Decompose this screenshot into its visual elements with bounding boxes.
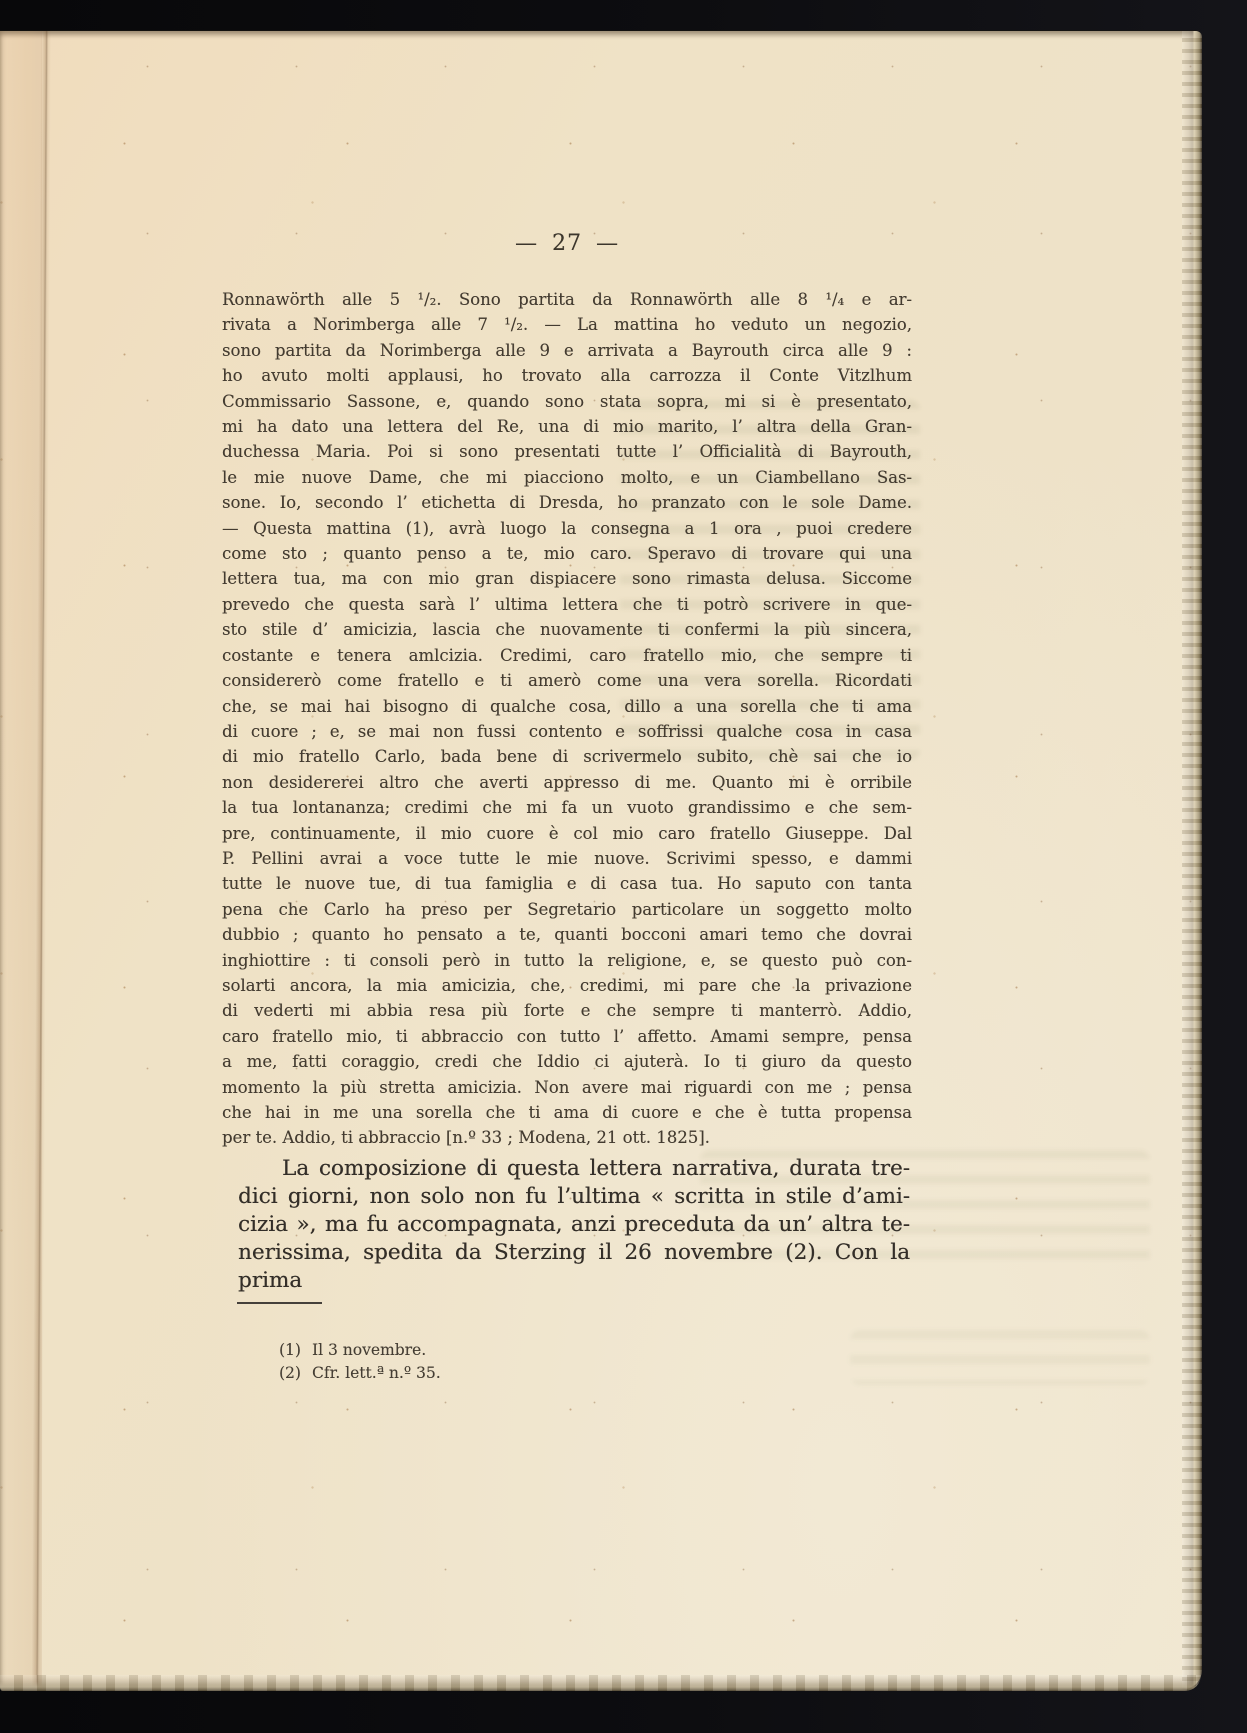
book-scan-photo: — 27 — Ronnawörth alle 5 ¹/₂. Sono parti… [0,0,1247,1733]
letter-line: pre, continuamente, il mio cuore è col m… [222,821,912,846]
letter-line: che hai in me una sorella che ti ama di … [222,1100,912,1125]
letter-line: caro fratello mio, ti abbraccio con tutt… [222,1024,912,1049]
letter-line: le mie nuove Dame, che mi piacciono molt… [222,465,912,490]
letter-line: a me, fatti coraggio, credi che Iddio ci… [222,1049,912,1074]
paragraph-line: nerissima, spedita da Sterzing il 26 nov… [238,1239,910,1295]
letter-line: non desidererei altro che averti appress… [222,770,912,795]
letter-line: pena che Carlo ha preso per Segretario p… [222,897,912,922]
ink-bleed-through [850,1330,1150,1385]
footnote-marker: (1) [279,1339,301,1362]
letter-line: rivata a Norimberga alle 7 ¹/₂. — La mat… [222,312,912,337]
letter-line: P. Pellini avrai a voce tutte le mie nuo… [222,846,912,871]
footnote-text: Il 3 novembre. [312,1339,426,1362]
paragraph-line: La composizione di questa lettera narrat… [238,1155,910,1183]
letter-line: sto stile d’ amicizia, lascia che nuovam… [222,617,912,642]
book-page: — 27 — Ronnawörth alle 5 ¹/₂. Sono parti… [0,31,1201,1690]
body-paragraph: La composizione di questa lettera narrat… [238,1155,910,1295]
letter-line: dubbio ; quanto ho pensato a te, quanti … [222,922,912,947]
letter-line: come sto ; quanto penso a te, mio caro. … [222,541,912,566]
footnotes-block: (1)Il 3 novembre.(2)Cfr. lett.ª n.º 35. [279,1339,839,1385]
letter-line: — Questa mattina (1), avrà luogo la cons… [222,516,912,541]
page-bottom-deckle-edge [0,1675,1201,1691]
letter-line: sone. Io, secondo l’ etichetta di Dresda… [222,490,912,515]
letter-line: di mio fratello Carlo, bada bene di scri… [222,744,912,769]
paragraph-line: cizia », ma fu accompagnata, anzi preced… [238,1211,910,1239]
letter-line: inghiottire : ti consoli però in tutto l… [222,948,912,973]
letter-line: prevedo che questa sarà l’ ultima letter… [222,592,912,617]
page-number: — 27 — [222,232,912,256]
letter-line: Ronnawörth alle 5 ¹/₂. Sono partita da R… [222,287,912,312]
letter-line: la tua lontananza; credimi che mi fa un … [222,795,912,820]
letter-line: sono partita da Norimberga alle 9 e arri… [222,338,912,363]
footnote-separator [237,1302,322,1304]
letter-line: solarti ancora, la mia amicizia, che, cr… [222,973,912,998]
letter-line: ho avuto molti applausi, ho trovato alla… [222,363,912,388]
letter-line: di cuore ; e, se mai non fussi contento … [222,719,912,744]
letter-line: per te. Addio, ti abbraccio [n.º 33 ; Mo… [222,1125,912,1150]
letter-line: di vederti mi abbia resa più forte e che… [222,998,912,1023]
footnote: (2)Cfr. lett.ª n.º 35. [279,1362,839,1385]
letter-line: costante e tenera amlcizia. Credimi, car… [222,643,912,668]
letter-line: lettera tua, ma con mio gran dispiacere … [222,566,912,591]
letter-line: mi ha dato una lettera del Re, una di mi… [222,414,912,439]
letter-line: Commissario Sassone, e, quando sono stat… [222,389,912,414]
footnote-text: Cfr. lett.ª n.º 35. [312,1362,441,1385]
letter-line: considererò come fratello e ti amerò com… [222,668,912,693]
footnote: (1)Il 3 novembre. [279,1339,839,1362]
page-right-deckle-edge [1182,31,1202,1690]
footnote-marker: (2) [279,1362,301,1385]
letter-line: tutte le nuove tue, di tua famiglia e di… [222,871,912,896]
letter-line: che, se mai hai bisogno di qualche cosa,… [222,694,912,719]
letter-line: duchessa Maria. Poi si sono presentati t… [222,439,912,464]
paragraph-line: dici giorni, non solo non fu l’ultima « … [238,1183,910,1211]
letter-line: momento la più stretta amicizia. Non ave… [222,1075,912,1100]
letter-text-block: Ronnawörth alle 5 ¹/₂. Sono partita da R… [222,287,912,1151]
